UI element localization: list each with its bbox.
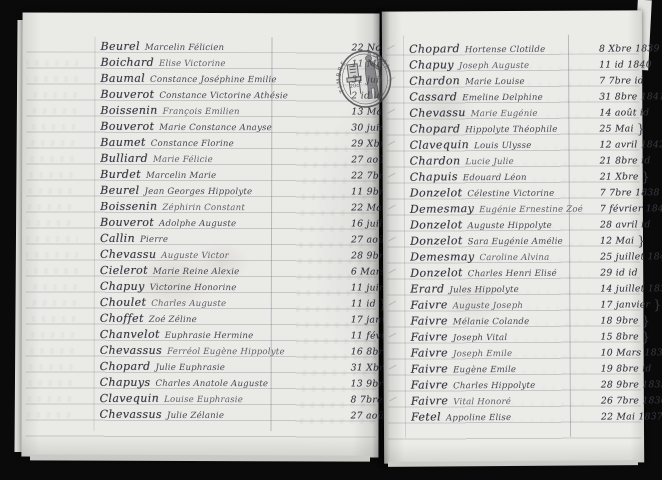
scanned-register-spread: BeurelMarcelin Félicien 22 Nov 1836 Boic… (0, 0, 662, 480)
given-names-text: Vital Honoré (453, 397, 511, 407)
register-row: ChevassuAuguste Victor 28 9bre 1834 (100, 245, 379, 262)
surname-text: Faivre (411, 346, 448, 359)
register-row: DonzelotCélestine Victorine 7 7bre 1838 (410, 182, 643, 199)
surname-text: Faivre (410, 329, 448, 345)
register-row: FaivreCharles Hippolyte 28 9bre 1835 (411, 374, 644, 391)
given-names-text: Charles Auguste (151, 299, 226, 309)
date-text: 7 7bre 1838 (600, 187, 660, 198)
given-names-text: Victorine Honorine (150, 283, 237, 293)
register-row: BurdetMarcelin Marie 22 7bre id (100, 165, 379, 182)
register-row: BouverotMarie Constance Anayse 30 juin i… (100, 117, 379, 134)
given-names-text: Charles Henri Elisé (468, 269, 557, 279)
surname-text: Bouverot (100, 88, 154, 101)
surname-text: Chopard (100, 359, 151, 374)
register-row: FaivreEugène Emile 19 8bre id (411, 358, 644, 375)
surname-text: Cielerot (100, 263, 148, 278)
given-names-text: Louise Euphrasie (164, 395, 243, 405)
given-names-text: Elise Victorine (159, 59, 226, 69)
surname-text: Beurel (100, 39, 139, 54)
surname-text: Chevassus (100, 344, 162, 357)
register-row: ClavequinLouise Euphrasie 8 7bre id (100, 389, 379, 406)
date-text: 7 février 1841 (600, 203, 662, 214)
register-row: FaivreJoseph Emile 10 Mars 1834 (411, 342, 644, 359)
given-names-text: Hortense Clotilde (465, 45, 546, 55)
given-names-text: Hippolyte Théophile (465, 125, 557, 135)
date-text: 12 Mai (600, 235, 634, 246)
surname-text: Bouverot (100, 216, 154, 229)
given-names-text: Louis Ulysse (474, 141, 532, 151)
brace-glyph: } (653, 298, 661, 313)
date-text: 14 août id (599, 107, 649, 118)
register-row: ChouletCharles Auguste 11 id} (100, 293, 379, 310)
stamp-graphic: 20c TIMBRE ROYAL (332, 44, 397, 115)
date-text: 21 8bre id (600, 155, 651, 166)
register-row: DonzelotCharles Henri Elisé 29 id id (410, 262, 643, 279)
surname-text: Demesmay (410, 250, 474, 263)
page-edge-sliver-bottom-left (30, 454, 370, 461)
given-names-text: Constance Joséphine Emilie (150, 75, 277, 85)
surname-text: Baumal (100, 71, 145, 86)
date-text: 17 janvier (600, 299, 650, 310)
surname-text: Boissenin (100, 103, 157, 118)
given-names-text: Marie Félicie (153, 155, 213, 165)
surname-text: Burdet (100, 167, 141, 182)
given-names-text: Appoline Elise (446, 413, 511, 423)
surname-text: Callin (100, 231, 135, 246)
given-names-text: Auguste Hippolyte (468, 221, 552, 231)
given-names-text: Joseph Emile (453, 349, 512, 359)
given-names-text: Adolphe Auguste (159, 219, 236, 229)
stamp-circle (336, 48, 393, 110)
surname-text: Choulet (100, 295, 147, 310)
given-names-text: Auguste Victor (161, 251, 229, 261)
date-text: 11 id 1840 (599, 59, 652, 70)
given-names-text: Euphrasie Hermine (165, 331, 254, 341)
date-text: 31 8bre 1841 (599, 91, 662, 102)
given-names-text: Lucie Julie (465, 157, 513, 167)
surname-text: Chapuy (100, 280, 145, 293)
register-row: ChapuyJoseph Auguste 11 id 1840 (409, 54, 642, 71)
given-names-text: Julie Euphrasie (155, 363, 225, 373)
register-row: ChanvelotEuphrasie Hermine 11 février 18… (100, 325, 379, 342)
surname-text: Faivre (410, 314, 447, 327)
surname-text: Faivre (411, 361, 449, 377)
register-row: CielerotMarie Reine Alexie 6 Mars 1835 (100, 261, 379, 278)
register-row: ErardJules Hippolyte 14 juillet 1833 (410, 278, 643, 295)
surname-text: Beurel (100, 184, 139, 197)
given-names-text: Charles Anatole Auguste (155, 379, 268, 389)
given-names-text: Eugénie Ernestine Zoé (479, 205, 583, 216)
register-row: ChopardHortense Clotilde 8 Xbre 1839 (409, 38, 642, 55)
given-names-text: Jean Georges Hippolyte (144, 187, 252, 197)
register-rows: BeurelMarcelin Félicien 22 Nov 1836 Boic… (22, 37, 380, 422)
date-text: 14 juillet 1833 (600, 283, 662, 294)
date-text: 25 Mai (599, 123, 633, 134)
given-names-text: Marcelin Félicien (145, 43, 224, 53)
surname-text: Faivre (411, 378, 448, 391)
date-text: 19 8bre id (601, 363, 652, 374)
date-cell: 22 Mai 1837 (601, 406, 662, 425)
given-names-text: Charles Hippolyte (453, 381, 535, 391)
surname-text: Cassard (409, 90, 457, 103)
given-names-text: Joseph Auguste (459, 61, 529, 71)
given-names-text: Célestine Victorine (467, 189, 554, 199)
register-row: DonzelotAuguste Hippolyte 28 avril id (410, 214, 643, 231)
given-names-text: Edouard Léon (463, 173, 527, 183)
timbre-royal-stamp: 20c TIMBRE ROYAL (332, 44, 397, 115)
register-row: BoisseninZéphirin Constant 22 Mai id (100, 197, 379, 214)
register-row: FaivreMélanie Colande 18 9bre} (410, 310, 643, 327)
surname-text: Donzelot (410, 218, 463, 231)
date-text: 7 7bre id (599, 75, 644, 86)
given-names-text: François Emilien (163, 107, 240, 117)
given-names-text: Caroline Alvina (479, 253, 549, 263)
register-rows: ChopardHortense Clotilde 8 Xbre 1839 Cha… (382, 38, 644, 423)
page-edge-sliver-bottom-right (388, 460, 638, 467)
surname-text: Boichard (100, 56, 154, 69)
given-names-text: Marie Constance Anayse (159, 123, 272, 133)
register-row: FaivreVital Honoré 26 7bre 1836 (411, 390, 644, 407)
register-row: DemesmayCaroline Alvina 25 juillet 1842 (410, 246, 643, 263)
date-text: 28 avril id (600, 219, 651, 230)
given-names-text: Marie Louise (465, 77, 525, 87)
date-text: 18 9bre (600, 315, 638, 326)
register-row: CallinPierre 27 août 1833 (100, 229, 379, 246)
register-row: ChevassusJulie Zélanie 27 août 1839 (100, 405, 379, 422)
register-row: DonzelotSara Eugénie Amélie 12 Mai} (410, 230, 643, 247)
given-names-text: Ferréol Eugène Hippolyte (167, 347, 285, 357)
register-row: ChevassuMarie Eugénie 14 août id (409, 102, 642, 119)
surname-text: Bouverot (100, 120, 154, 133)
register-row: FaivreAuguste Joseph 17 janvier} (410, 294, 643, 311)
surname-text: Chevassus (100, 408, 162, 421)
left-page: BeurelMarcelin Félicien 22 Nov 1836 Boic… (21, 13, 379, 458)
register-row: BouverotAdolphe Auguste 16 juillet} (100, 213, 379, 230)
register-row: CassardEmeline Delphine 31 8bre 1841 (409, 86, 642, 103)
register-row: ChardonLucie Julie 21 8bre id (410, 150, 643, 167)
date-text: 28 9bre 1835 (601, 379, 662, 390)
register-row: ChapuyVictorine Honorine 11 juin} (100, 277, 379, 294)
given-names-text: Marie Reine Alexie (153, 267, 240, 277)
surname-text: Boissenin (100, 199, 157, 214)
given-names-text: Marie Eugénie (471, 109, 538, 119)
surname-text: Donzelot (410, 186, 463, 199)
stamp-denomination: 20c (349, 83, 359, 90)
given-names-text: Zoé Zéline (149, 315, 197, 325)
register-row: ChopardHippolyte Théophile 25 Mai} (409, 118, 642, 135)
given-names-text: Zéphirin Constant (162, 203, 245, 213)
given-names-text: Constance Victorine Athésie (159, 91, 288, 101)
register-row: ChoffetZoé Zéline 17 janvier 1836 (100, 309, 379, 326)
surname-text: Chevassu (100, 248, 156, 261)
register-row: ChopardJulie Euphrasie 31 Xbre} (100, 357, 379, 374)
right-page: ChopardHortense Clotilde 8 Xbre 1839 Cha… (382, 10, 644, 463)
surname-text: Chapuys (100, 376, 151, 389)
register-row: FaivreJoseph Vital 15 8bre} (410, 326, 643, 343)
register-row: ClavequinLouis Ulysse 12 avril 1842 (409, 134, 642, 151)
given-names-text: Sara Eugénie Amélie (468, 237, 563, 247)
given-names-text: Auguste Joseph (453, 301, 523, 311)
date-text: 21 Xbre (600, 171, 639, 182)
register-row: DemesmayEugénie Ernestine Zoé 7 février … (410, 198, 643, 215)
surname-text: Chardon (410, 154, 461, 167)
register-row: ChevassusFerréol Eugène Hippolyte 16 8br… (100, 341, 379, 358)
register-row: BulliardMarie Félicie 27 août id (100, 149, 379, 166)
date-text: 26 7bre 1836 (601, 395, 662, 406)
surname-text: Erard (410, 282, 444, 295)
date-text: 15 8bre (600, 331, 638, 342)
surname-text: Faivre (410, 297, 448, 313)
register-row: ChapuysCharles Anatole Auguste 13 9bre 1… (100, 373, 379, 390)
date-text: 8 Xbre 1839 (599, 43, 660, 54)
surname-text: Faivre (411, 393, 449, 409)
date-text: 22 Mai 1837 (601, 411, 662, 422)
register-row: BoisseninFrançois Emilien 13 Mai 1839 (100, 101, 379, 118)
register-row: FetelAppoline Elise 22 Mai 1837 (411, 406, 644, 423)
date-text: 10 Mars 1834 (601, 347, 662, 358)
surname-text: Chanvelot (100, 327, 160, 342)
register-row: ChapuisEdouard Léon 21 Xbre} (410, 166, 643, 183)
surname-text: Choffet (100, 312, 144, 325)
given-names-text: Constance Florine (151, 139, 234, 149)
given-names-text: Julie Zélanie (167, 411, 224, 421)
given-names-text: Pierre (140, 235, 168, 245)
date-text: 29 id id (600, 267, 638, 278)
register-row: BaumetConstance Florine 29 Xbre 1840 (100, 133, 379, 150)
register-row: ChardonMarie Louise 7 7bre id (409, 70, 642, 87)
surname-text: Clavequin (100, 391, 160, 406)
surname-text: Baumet (100, 135, 146, 150)
given-names-text: Jules Hippolyte (449, 285, 519, 295)
date-text: 12 avril 1842 (599, 139, 662, 150)
given-names-text: Joseph Vital (453, 333, 507, 343)
given-names-text: Eugène Emile (453, 365, 516, 375)
surname-text: Chopard (409, 122, 460, 135)
register-row: BeurelJean Georges Hippolyte 11 9bre 184… (100, 181, 379, 198)
date-text: 25 juillet 1842 (600, 251, 662, 262)
surname-text: Fetel (411, 410, 441, 423)
given-names-text: Marcelin Marie (146, 171, 216, 181)
surname-text: Bulliard (100, 152, 148, 165)
given-names-text: Mélanie Colande (453, 317, 530, 327)
given-names-text: Emeline Delphine (462, 93, 543, 103)
surname-text: Chapuy (409, 58, 454, 71)
